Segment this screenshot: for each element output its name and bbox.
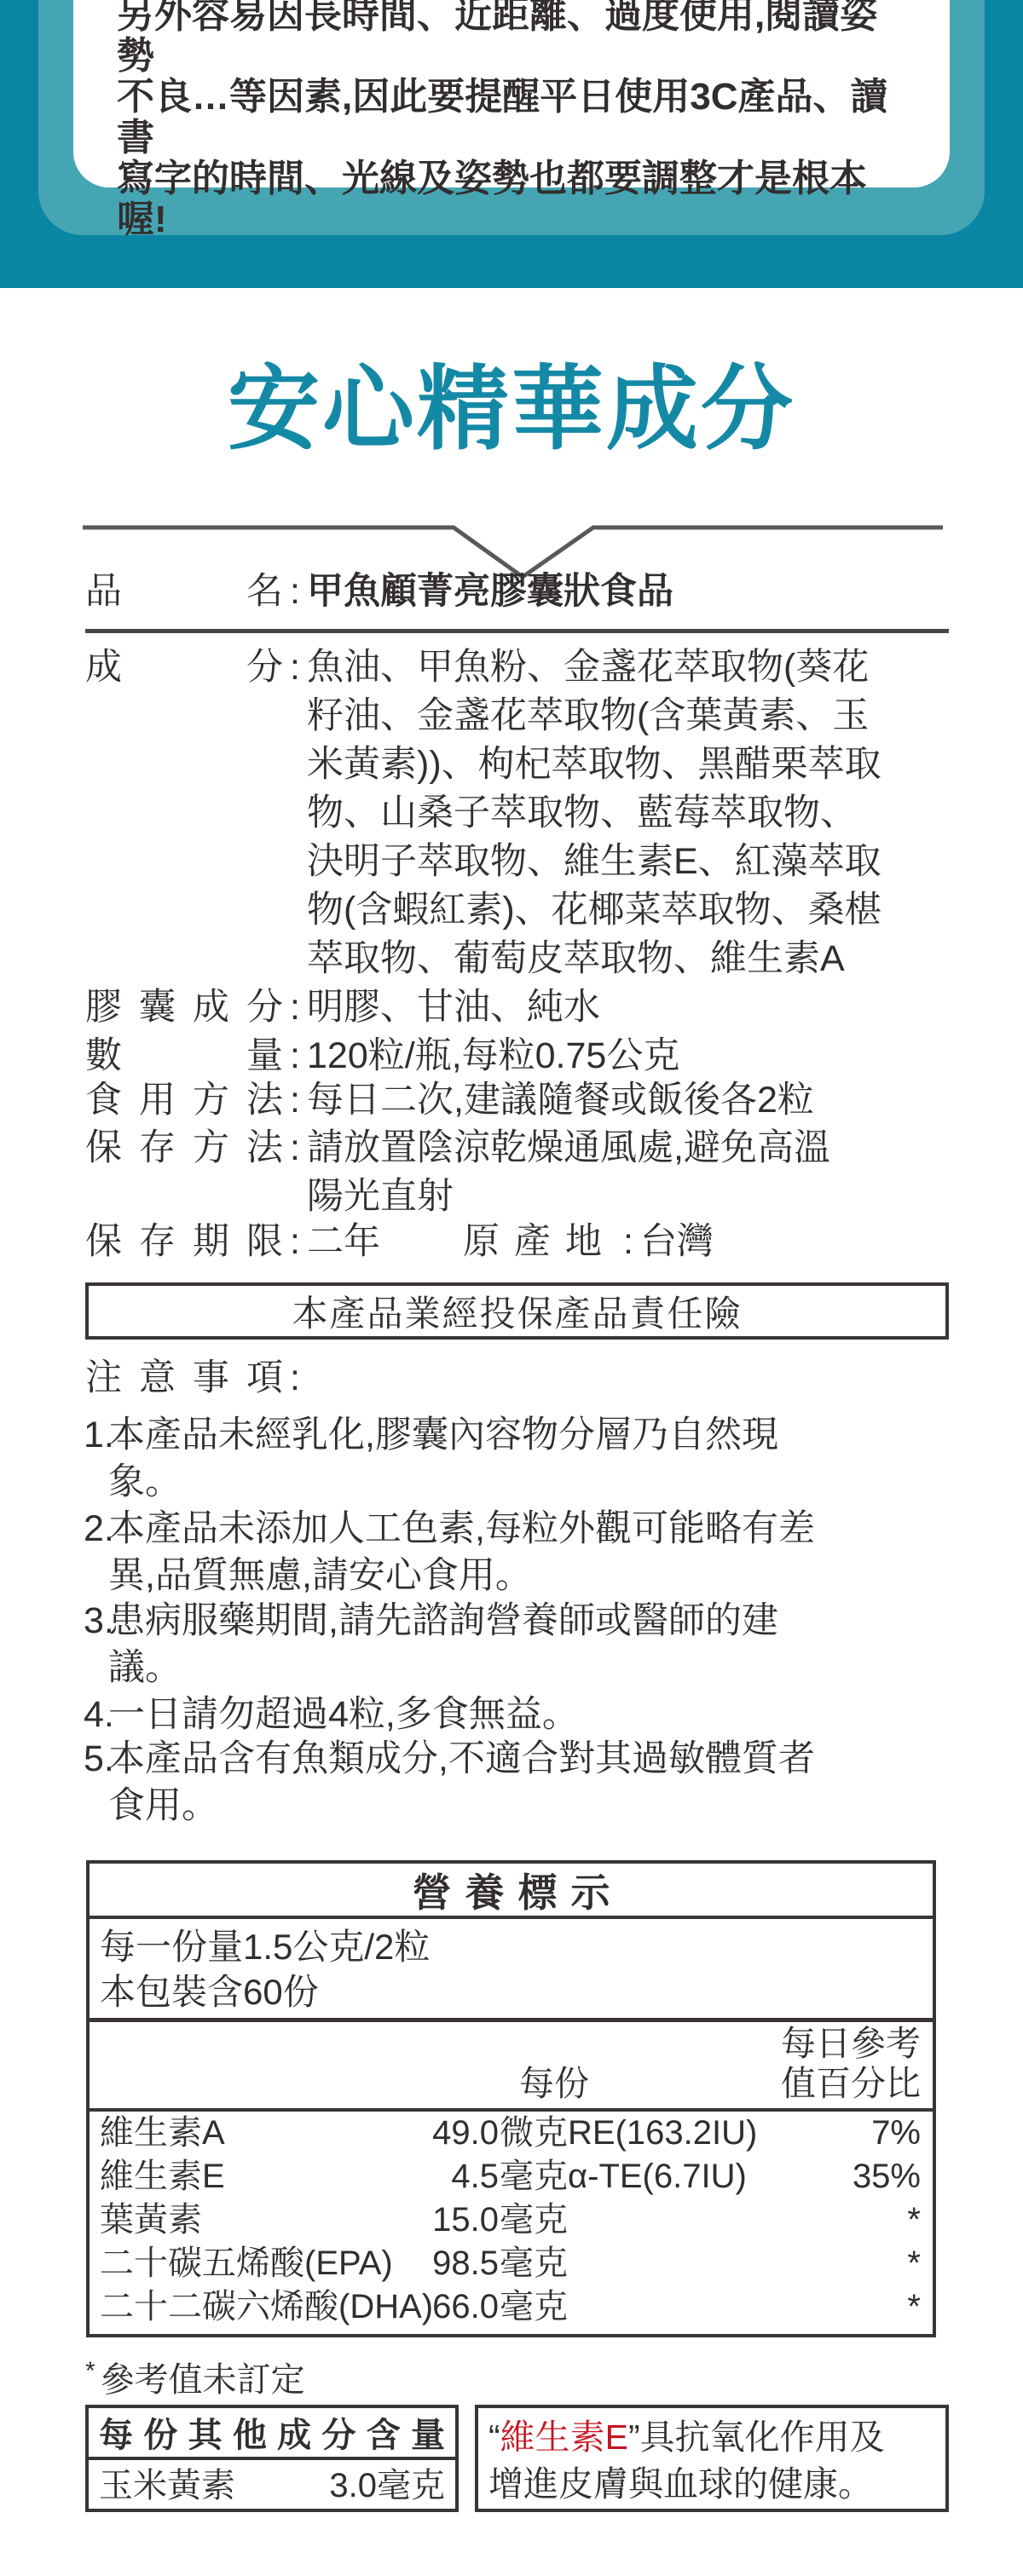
other-ingredient-row: 玉米黃素 3.0毫克 (89, 2460, 455, 2511)
spec-label: 成分 (85, 647, 283, 987)
spec-label: 品名 (85, 571, 283, 612)
spec-row-usage: 食用方法 : 每日二次,建議隨餐或飯後各2粒 (85, 1080, 951, 1121)
product-name-value: 甲魚顧菁亮膠囊狀食品 (307, 571, 951, 612)
spec-label: 膠囊成分 (85, 987, 283, 1028)
note-item: 5. 本產品含有魚類成分,不適合對其過敏體質者 食用。 (84, 1736, 949, 1830)
spec-label: 數量 (85, 1035, 283, 1076)
page-title: 安心精華成分 (0, 361, 1023, 457)
banner-line: 寫字的時間、光線及姿勢也都要調整才是根本喔! (117, 158, 910, 240)
separator-line (85, 629, 949, 633)
nutrition-table: 營養標示 每一份量1.5公克/2粒 本包裝含60份 每份 每日參考 值百分比 維… (86, 1860, 936, 2337)
note-item: 3. 患病服藥期間,請先諮詢營養師或醫師的建 議。 (84, 1598, 949, 1691)
spec-label: 保存方法 (85, 1127, 283, 1225)
column-headers: 每份 每日參考 值百分比 (90, 2022, 933, 2112)
spec-row-product-name: 品名 : 甲魚顧菁亮膠囊狀食品 (85, 571, 951, 612)
spec-row-quantity: 數量 : 120粒/瓶,每粒0.75公克 (85, 1035, 951, 1076)
note-item: 4. 一日請勿超過4粒,多食無益。 (84, 1691, 949, 1738)
per-serving-header: 每份 (482, 2064, 627, 2104)
spec-label: 食用方法 (85, 1080, 283, 1121)
nutrition-row: 二十碳五烯酸(EPA) 98.5 毫克 * (90, 2242, 933, 2285)
serving-info: 每一份量1.5公克/2粒 本包裝含60份 (90, 1919, 933, 2022)
close-quote: ” (628, 2418, 640, 2457)
banner-line: 不良…等因素,因此要提醒平日使用3C產品、讀書 (117, 77, 910, 158)
top-banner-card: 補充。 另外容易因長時間、近距離、過度使用,閱讀姿勢 不良…等因素,因此要提醒平… (38, 0, 985, 235)
banner-line: 另外容易因長時間、近距離、過度使用,閱讀姿勢 (117, 0, 910, 77)
asterisk: * (85, 2357, 101, 2385)
spec-row-ingredients: 成分 : 魚油、甲魚粉、金盞花萃取物(葵花 籽油、金盞花萃取物(含葉黃素、玉 米… (85, 647, 951, 987)
insurance-notice-box: 本產品業經投保產品責任險 (85, 1282, 949, 1340)
vitamin-e-highlight: 維生素E (500, 2418, 628, 2457)
spec-row-expiry: 保存期限 : 二年 原產地 : 台灣 (85, 1221, 951, 1262)
note-item: 1. 本產品未經乳化,膠囊內容物分層乃自然現 象。 (84, 1412, 949, 1506)
vitamin-e-note-box: “維生素E”具抗氧化作用及 增進皮膚與血球的健康。 (475, 2405, 949, 2512)
top-banner-text: 補充。 另外容易因長時間、近距離、過度使用,閱讀姿勢 不良…等因素,因此要提醒平… (117, 0, 910, 240)
other-ingredients-title: 每份其他成分含量 (89, 2408, 455, 2460)
table-footnote: *參考值未訂定 (85, 2352, 305, 2400)
origin-label: 原產地 (463, 1221, 616, 1262)
product-info-page: 補充。 另外容易因長時間、近距離、過度使用,閱讀姿勢 不良…等因素,因此要提醒平… (0, 0, 1023, 2576)
nutrition-row: 維生素E 4.5 毫克α-TE(6.7IU) 35% (90, 2155, 933, 2199)
top-banner-textbox: 補充。 另外容易因長時間、近距離、過度使用,閱讀姿勢 不良…等因素,因此要提醒平… (73, 0, 950, 187)
other-ingredients-box: 每份其他成分含量 玉米黃素 3.0毫克 (85, 2405, 459, 2512)
spec-label: 保存期限 (85, 1221, 283, 1262)
spec-row-capsule: 膠囊成分 : 明膠、甘油、純水 (85, 987, 951, 1028)
notes-label: 注意事項 (85, 1357, 283, 1398)
origin-value: 台灣 (640, 1221, 714, 1262)
spec-row-storage: 保存方法 : 請放置陰涼乾燥通風處,避免高溫 陽光直射 (85, 1127, 951, 1225)
expiry-value: 二年 (307, 1221, 380, 1262)
nutrition-row: 維生素A 49.0 微克RE(163.2IU) 7% (90, 2112, 933, 2155)
daily-ref-header: 每日參考 值百分比 (781, 2024, 921, 2104)
nutrition-row: 二十二碳六烯酸(DHA) 66.0 毫克 * (90, 2285, 933, 2329)
notes-heading: 注意事項 : (85, 1357, 307, 1398)
nutrition-title: 營養標示 (90, 1864, 933, 1919)
nutrition-row: 葉黃素 15.0 毫克 * (90, 2199, 933, 2242)
note-item: 2. 本產品未添加人工色素,每粒外觀可能略有差 異,品質無慮,請安心食用。 (84, 1506, 949, 1599)
top-banner: 補充。 另外容易因長時間、近距離、過度使用,閱讀姿勢 不良…等因素,因此要提醒平… (0, 0, 1023, 288)
open-quote: “ (488, 2418, 500, 2457)
ingredients-value: 魚油、甲魚粉、金盞花萃取物(葵花 籽油、金盞花萃取物(含葉黃素、玉 米黃素))、… (307, 647, 951, 987)
